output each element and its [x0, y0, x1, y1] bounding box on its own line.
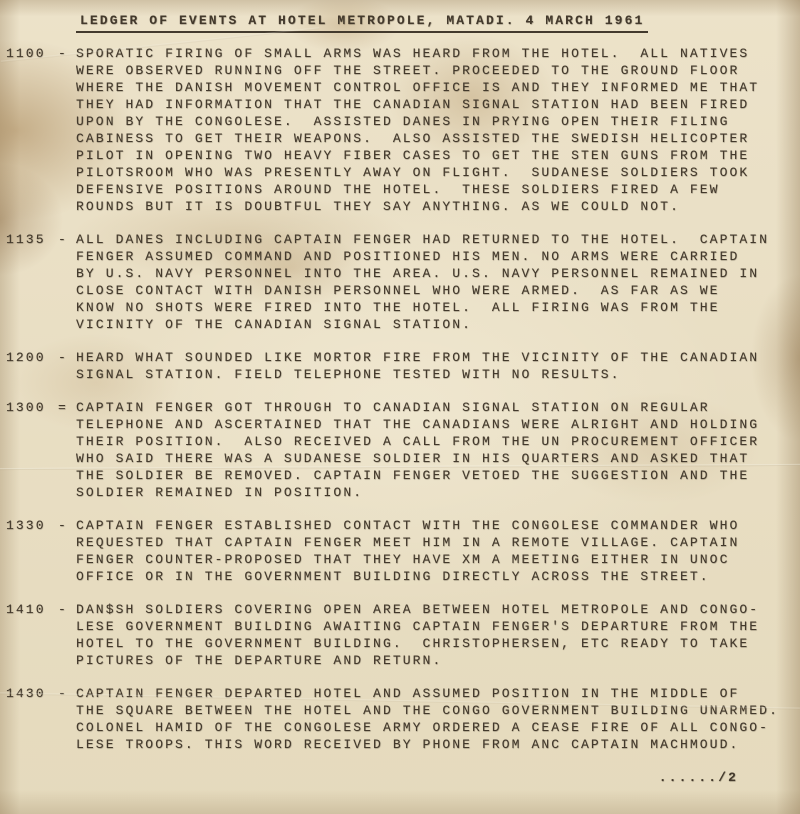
ledger-entry: 1300 = CAPTAIN FENGER GOT THROUGH TO CAN… — [6, 399, 800, 501]
entry-time: 1300 — [6, 399, 50, 416]
entry-separator: - — [50, 685, 76, 702]
entry-text: SPORATIC FIRING OF SMALL ARMS WAS HEARD … — [76, 45, 800, 215]
entry-time: 1430 — [6, 685, 50, 702]
footer-row: ....../2 — [6, 769, 800, 786]
entry-time: 1410 — [6, 601, 50, 618]
entry-time: 1135 — [6, 231, 50, 248]
entry-text: CAPTAIN FENGER ESTABLISHED CONTACT WITH … — [76, 517, 800, 585]
ledger-entry: 1430 - CAPTAIN FENGER DEPARTED HOTEL AND… — [6, 685, 800, 753]
entry-separator: = — [50, 399, 76, 416]
ledger-entry: 1100 - SPORATIC FIRING OF SMALL ARMS WAS… — [6, 45, 800, 215]
entry-text: CAPTAIN FENGER DEPARTED HOTEL AND ASSUME… — [76, 685, 800, 753]
scanned-document-page: LEDGER OF EVENTS AT HOTEL METROPOLE, MAT… — [0, 0, 800, 814]
entry-text: ALL DANES INCLUDING CAPTAIN FENGER HAD R… — [76, 231, 800, 333]
entry-text: HEARD WHAT SOUNDED LIKE MORTOR FIRE FROM… — [76, 349, 800, 383]
entry-time: 1330 — [6, 517, 50, 534]
ledger-entry: 1200 - HEARD WHAT SOUNDED LIKE MORTOR FI… — [6, 349, 800, 383]
entry-separator: - — [50, 45, 76, 62]
entry-separator: - — [50, 349, 76, 366]
entry-separator: - — [50, 517, 76, 534]
title-row: LEDGER OF EVENTS AT HOTEL METROPOLE, MAT… — [76, 12, 800, 33]
ledger-entry: 1330 - CAPTAIN FENGER ESTABLISHED CONTAC… — [6, 517, 800, 585]
entry-separator: - — [50, 231, 76, 248]
entry-separator: - — [50, 601, 76, 618]
document-title: LEDGER OF EVENTS AT HOTEL METROPOLE, MAT… — [76, 12, 648, 33]
entry-time: 1200 — [6, 349, 50, 366]
entry-time: 1100 — [6, 45, 50, 62]
entry-text: DAN$SH SOLDIERS COVERING OPEN AREA BETWE… — [76, 601, 800, 669]
ledger-entry: 1135 - ALL DANES INCLUDING CAPTAIN FENGE… — [6, 231, 800, 333]
page-continuation-marker: ....../2 — [659, 770, 738, 785]
ledger-entry: 1410 - DAN$SH SOLDIERS COVERING OPEN ARE… — [6, 601, 800, 669]
entry-text: CAPTAIN FENGER GOT THROUGH TO CANADIAN S… — [76, 399, 800, 501]
